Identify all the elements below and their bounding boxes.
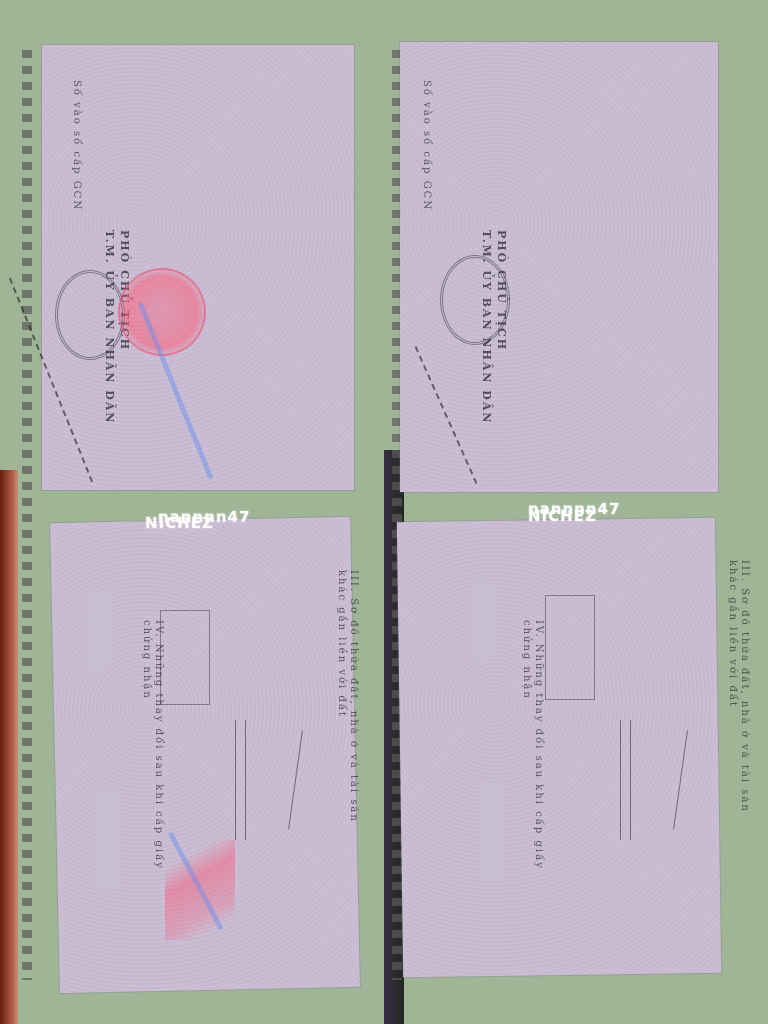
certificate-page-top-right [400,42,718,492]
redacted-info [480,780,505,880]
parcel-boundary [630,720,631,840]
table-edge [0,470,18,1024]
margin-note: Số vào sổ cấp GCN [71,80,82,211]
certificate-page-bottom-right [397,518,721,977]
official-seal [440,255,510,345]
watermark-text: NICHEZ [528,507,597,525]
parcel-table [160,610,210,705]
redacted-info [85,590,110,670]
redacted-info [470,580,495,660]
parcel-boundary [235,720,236,840]
page-text-lines: Số vào sổ cấp GCN [420,80,432,380]
section-heading: III. Sơ đồ thửa đất, nhà ở và tài sản kh… [726,560,750,820]
section-title: IV. Những thay đổi sau khi cấp giấy chứn… [520,620,544,870]
parcel-table [545,595,595,700]
official-seal [55,270,125,360]
parcel-boundary [245,720,246,840]
binding-left [22,50,32,980]
red-seal [118,268,206,356]
watermark-text: NICHEZ [145,514,214,532]
signature-line-1: T.M. ỦY BAN NHÂN DÂN [103,230,115,510]
section-heading: III. Sơ đồ thửa đất, nhà ở và tài sản kh… [335,570,359,830]
margin-note: Số vào sổ cấp GCN [421,80,432,211]
signature-line-2: PHÓ CHỦ TỊCH [118,230,130,510]
parcel-boundary [620,720,621,840]
redacted-info [95,790,120,890]
certificate-page-top-left [42,45,354,490]
